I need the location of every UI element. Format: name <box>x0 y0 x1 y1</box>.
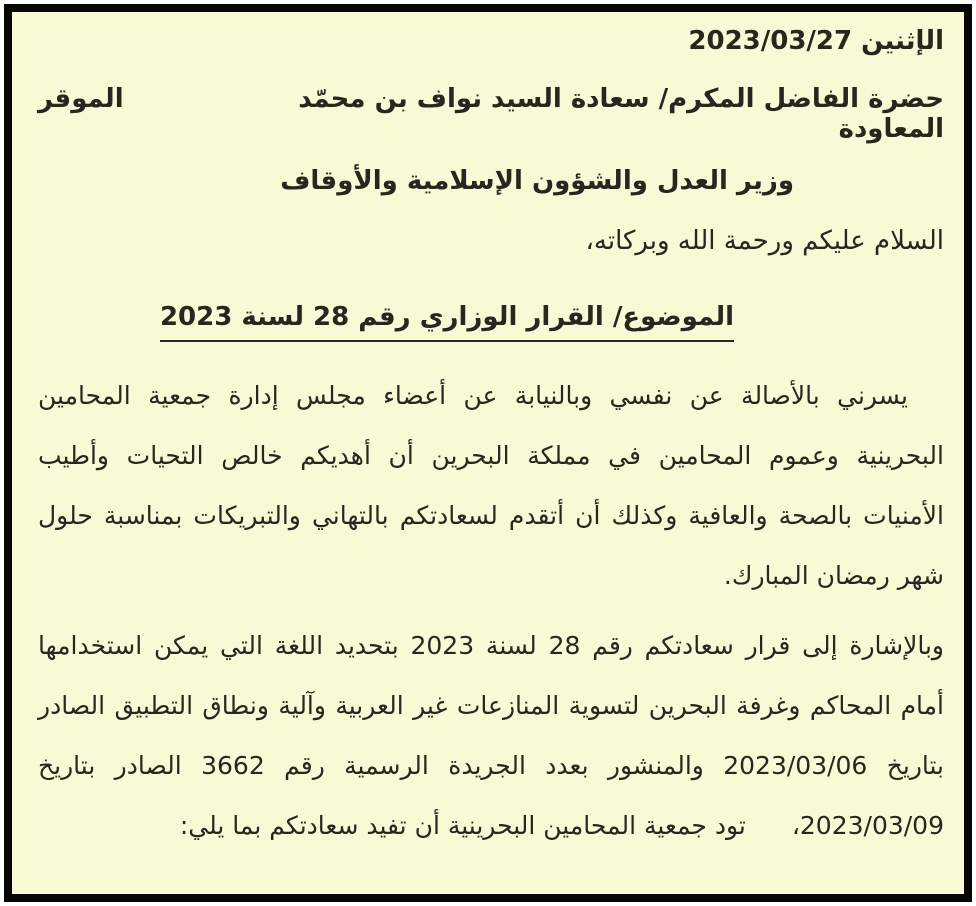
paragraph-2: وبالإشارة إلى قرار سعادتكم رقم 28 لسنة 2… <box>38 616 944 856</box>
letter-frame: الإثنين 2023/03/27 حضرة الفاضل المكرم/ س… <box>4 4 972 902</box>
paragraph-2-line-2: أمام المحاكم وغرفة البحرين لتسوية المناز… <box>38 676 944 736</box>
paragraph-1-line-2: البحرينية وعموم المحامين في مملكة البحري… <box>38 426 944 486</box>
reference-date: 2023/03/09، <box>792 796 944 856</box>
scanned-letter-page: الإثنين 2023/03/27 حضرة الفاضل المكرم/ س… <box>0 0 976 906</box>
subject-line: الموضوع/ القرار الوزاري رقم 28 لسنة 2023 <box>38 302 944 342</box>
addressee-name: حضرة الفاضل المكرم/ سعادة السيد نواف بن … <box>186 84 944 144</box>
paragraph-1: يسرني بالأصالة عن نفسي وبالنيابة عن أعضا… <box>38 366 944 606</box>
addressee-line: حضرة الفاضل المكرم/ سعادة السيد نواف بن … <box>38 84 944 144</box>
greeting-line: السلام عليكم ورحمة الله وبركاته، <box>38 226 944 256</box>
paragraph-1-line-4: شهر رمضان المبارك. <box>38 546 944 606</box>
subject-text: الموضوع/ القرار الوزاري رقم 28 لسنة 2023 <box>160 302 734 342</box>
addressee-honorific: الموقر <box>38 84 124 114</box>
paragraph-2-line-3: بتاريخ 2023/03/06 والمنشور بعدد الجريدة … <box>38 736 944 796</box>
paragraph-2-line-1: وبالإشارة إلى قرار سعادتكم رقم 28 لسنة 2… <box>38 616 944 676</box>
letter-date: الإثنين 2023/03/27 <box>38 26 944 56</box>
paragraph-2-line-4: 2023/03/09، تود جمعية المحامين البحرينية… <box>38 796 944 856</box>
paragraph-1-line-1: يسرني بالأصالة عن نفسي وبالنيابة عن أعضا… <box>38 366 944 426</box>
closing-clause: تود جمعية المحامين البحرينية أن تفيد سعا… <box>180 796 746 856</box>
paragraph-1-line-3: الأمنيات بالصحة والعافية وكذلك أن أتقدم … <box>38 486 944 546</box>
addressee-title: وزير العدل والشؤون الإسلامية والأوقاف <box>38 166 944 196</box>
